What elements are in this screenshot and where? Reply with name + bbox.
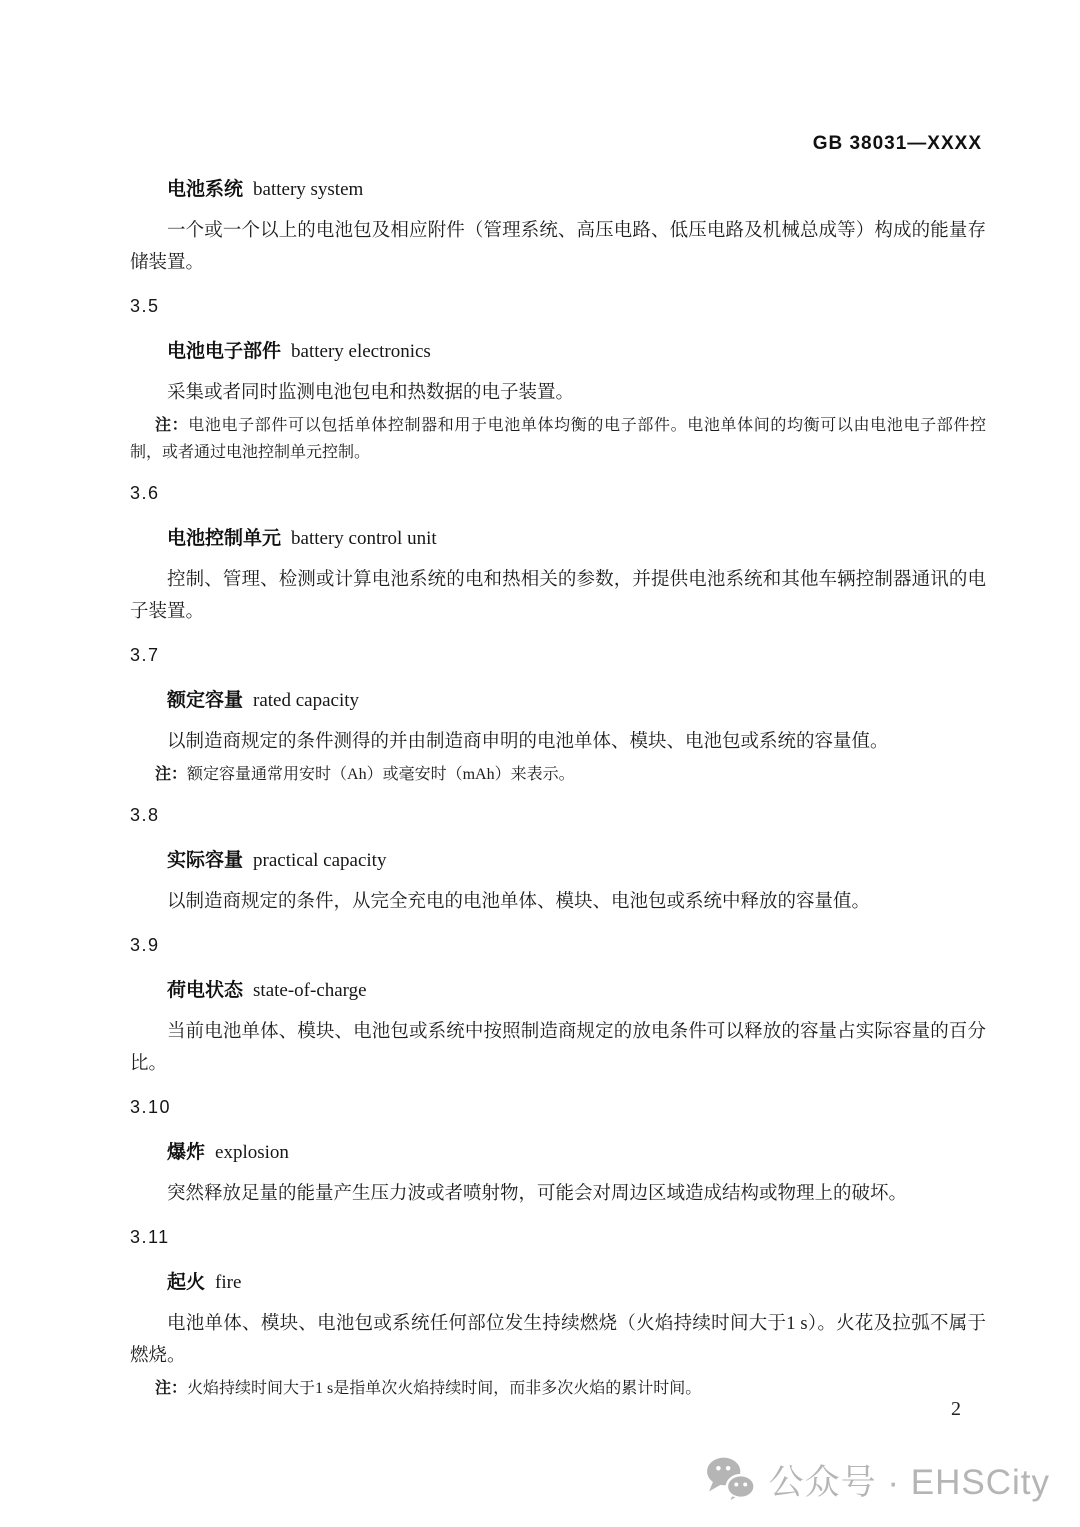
term-zh: 荷电状态 xyxy=(167,980,243,1001)
clause-number: 3.6 xyxy=(130,479,986,507)
page-number: 2 xyxy=(951,1398,961,1421)
term-zh: 起火 xyxy=(167,1272,205,1293)
term-zh: 电池电子部件 xyxy=(167,341,281,362)
term-zh: 爆炸 xyxy=(167,1142,205,1163)
clause-number: 3.9 xyxy=(130,931,986,959)
term-line: 电池电子部件battery electronics xyxy=(130,338,986,367)
term-zh: 实际容量 xyxy=(167,850,243,871)
term-en: fire xyxy=(215,1272,241,1293)
term-line: 起火fire xyxy=(130,1269,986,1298)
document-page: GB 38031—XXXX 电池系统battery system 一个或一个以上… xyxy=(0,0,1080,1527)
note-text: 火焰持续时间大于1 s是指单次火焰持续时间，而非多次火焰的累计时间。 xyxy=(187,1380,701,1397)
term-section: 3.9 荷电状态state-of-charge 当前电池单体、模块、电池包或系统… xyxy=(130,931,986,1080)
clause-number: 3.5 xyxy=(130,292,986,320)
clause-number: 3.7 xyxy=(130,641,986,669)
term-note: 注：电池电子部件可以包括单体控制器和用于电池单体均衡的电子部件。电池单体间的均衡… xyxy=(130,412,986,466)
term-definition: 突然释放足量的能量产生压力波或者喷射物，可能会对周边区域造成结构或物理上的破坏。 xyxy=(130,1178,986,1210)
term-note: 注：额定容量通常用安时（Ah）或毫安时（mAh）来表示。 xyxy=(130,761,986,788)
term-definition: 以制造商规定的条件测得的并由制造商申明的电池单体、模块、电池包或系统的容量值。 xyxy=(130,726,986,758)
term-line: 电池系统battery system xyxy=(130,176,986,205)
note-label: 注： xyxy=(155,1380,187,1397)
watermark-text: 公众号 · EHSCity xyxy=(769,1455,1050,1505)
term-section: 电池系统battery system 一个或一个以上的电池包及相应附件（管理系统… xyxy=(130,176,986,279)
document-header-code: GB 38031—XXXX xyxy=(813,133,982,155)
term-definition: 控制、管理、检测或计算电池系统的电和热相关的参数，并提供电池系统和其他车辆控制器… xyxy=(130,564,986,628)
term-definition: 电池单体、模块、电池包或系统任何部位发生持续燃烧（火焰持续时间大于1 s）。火花… xyxy=(130,1308,986,1372)
term-line: 荷电状态state-of-charge xyxy=(130,977,986,1006)
term-definition: 当前电池单体、模块、电池包或系统中按照制造商规定的放电条件可以释放的容量占实际容… xyxy=(130,1016,986,1080)
term-section: 3.11 起火fire 电池单体、模块、电池包或系统任何部位发生持续燃烧（火焰持… xyxy=(130,1223,986,1402)
term-section: 3.10 爆炸explosion 突然释放足量的能量产生压力波或者喷射物，可能会… xyxy=(130,1093,986,1210)
note-label: 注： xyxy=(155,766,187,783)
term-line: 电池控制单元battery control unit xyxy=(130,525,986,554)
term-definition: 一个或一个以上的电池包及相应附件（管理系统、高压电路、低压电路及机械总成等）构成… xyxy=(130,215,986,279)
clause-number: 3.8 xyxy=(130,801,986,829)
term-en: explosion xyxy=(215,1142,289,1163)
term-definition: 采集或者同时监测电池包电和热数据的电子装置。 xyxy=(130,377,986,409)
term-en: state-of-charge xyxy=(253,980,367,1001)
term-zh: 电池系统 xyxy=(167,179,243,200)
term-en: battery control unit xyxy=(291,528,437,549)
term-en: battery system xyxy=(253,179,363,200)
watermark: 公众号 · EHSCity xyxy=(705,1455,1050,1505)
term-definition: 以制造商规定的条件，从完全充电的电池单体、模块、电池包或系统中释放的容量值。 xyxy=(130,886,986,918)
term-line: 额定容量rated capacity xyxy=(130,687,986,716)
clause-number: 3.10 xyxy=(130,1093,986,1121)
term-zh: 电池控制单元 xyxy=(167,528,281,549)
term-line: 实际容量practical capacity xyxy=(130,847,986,876)
term-zh: 额定容量 xyxy=(167,690,243,711)
term-line: 爆炸explosion xyxy=(130,1139,986,1168)
term-section: 3.5 电池电子部件battery electronics 采集或者同时监测电池… xyxy=(130,292,986,466)
note-text: 电池电子部件可以包括单体控制器和用于电池单体均衡的电子部件。电池单体间的均衡可以… xyxy=(130,417,986,461)
term-section: 3.6 电池控制单元battery control unit 控制、管理、检测或… xyxy=(130,479,986,628)
term-en: battery electronics xyxy=(291,341,431,362)
term-note: 注：火焰持续时间大于1 s是指单次火焰持续时间，而非多次火焰的累计时间。 xyxy=(130,1375,986,1402)
term-en: rated capacity xyxy=(253,690,359,711)
term-section: 3.7 额定容量rated capacity 以制造商规定的条件测得的并由制造商… xyxy=(130,641,986,788)
term-section: 3.8 实际容量practical capacity 以制造商规定的条件，从完全… xyxy=(130,801,986,918)
terms-list: 电池系统battery system 一个或一个以上的电池包及相应附件（管理系统… xyxy=(130,158,986,1402)
note-label: 注： xyxy=(155,417,188,434)
term-en: practical capacity xyxy=(253,850,386,871)
clause-number: 3.11 xyxy=(130,1223,986,1251)
wechat-icon xyxy=(705,1456,757,1504)
note-text: 额定容量通常用安时（Ah）或毫安时（mAh）来表示。 xyxy=(187,766,575,783)
